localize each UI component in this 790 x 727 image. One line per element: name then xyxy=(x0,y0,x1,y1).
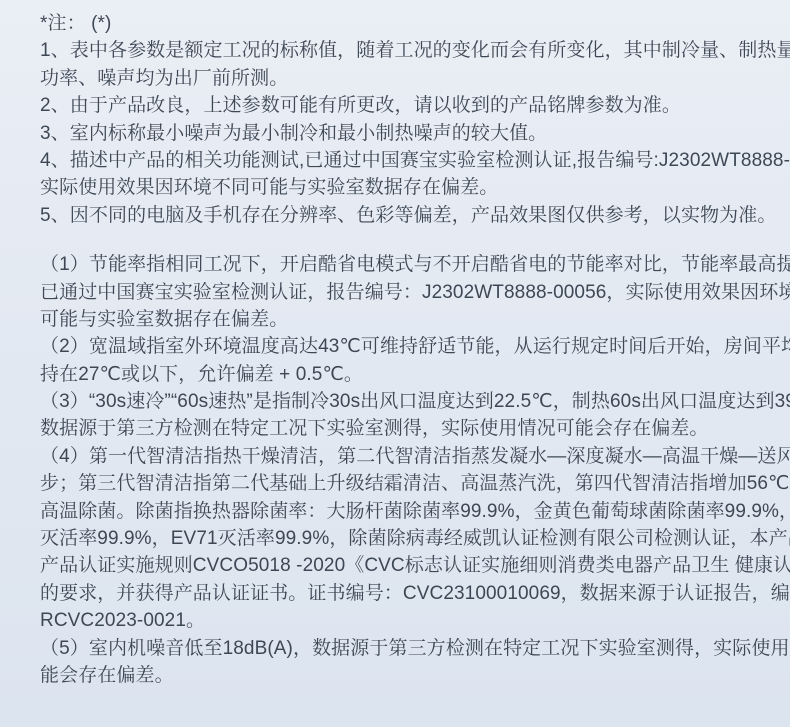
text-line: （2）宽温域指室外环境温度高达43℃可维持舒适节能，从运行规定时间后开始，房间平… xyxy=(40,333,770,360)
notes-section: *注： (*)1、表中各参数是额定工况的标称值，随着工况的变化而会有所变化，其中… xyxy=(40,10,770,229)
text-line: *注： (*) xyxy=(40,10,770,37)
text-line: 3、室内标称最小噪声为最小制冷和最小制热噪声的较大值。 xyxy=(40,120,770,147)
text-line: 已通过中国赛宝实验室检测认证，报告编号：J2302WT8888-00056，实际… xyxy=(40,279,770,306)
text-line: 高温除菌。除菌指换热器除菌率：大肠杆菌除菌率99.9%，金黄色葡萄球菌除菌率99… xyxy=(40,498,770,525)
text-line: 1、表中各参数是额定工况的标称值，随着工况的变化而会有所变化，其中制冷量、制热量… xyxy=(40,37,770,64)
text-line: 持在27℃或以下，允许偏差 + 0.5℃。 xyxy=(40,361,770,388)
text-line: （1）节能率指相同工况下，开启酷省电模式与不开启酷省电的节能率对比，节能率最高提… xyxy=(40,251,770,278)
text-line: 4、描述中产品的相关功能测试,已通过中国赛宝实验室检测认证,报告编号:J2302… xyxy=(40,147,770,174)
text-line: 2、由于产品改良，上述参数可能有所更改，请以收到的产品铭牌参数为准。 xyxy=(40,92,770,119)
text-line: （3）“30s速冷”“60s速热”是指制冷30s出风口温度达到22.5℃，制热6… xyxy=(40,388,770,415)
text-line: 的要求，并获得产品认证证书。证书编号：CVC23100010069，数据来源于认… xyxy=(40,580,770,607)
text-line: 产品认证实施规则CVCO5018 -2020《CVC标志认证实施细则消费类电器产… xyxy=(40,552,770,579)
disclaimer-page: *注： (*)1、表中各参数是额定工况的标称值，随着工况的变化而会有所变化，其中… xyxy=(0,0,790,727)
footnotes-section: （1）节能率指相同工况下，开启酷省电模式与不开启酷省电的节能率对比，节能率最高提… xyxy=(40,251,770,689)
text-line: 灭活率99.9%，EV71灭活率99.9%，除菌除病毒经威凯认证检测有限公司检测… xyxy=(40,525,770,552)
text-line: 实际使用效果因环境不同可能与实验室数据存在偏差。 xyxy=(40,174,770,201)
text-line: 功率、噪声均为出厂前所测。 xyxy=(40,65,770,92)
text-line: 数据源于第三方检测在特定工况下实验室测得，实际使用情况可能会存在偏差。 xyxy=(40,415,770,442)
text-line: 5、因不同的电脑及手机存在分辨率、色彩等偏差，产品效果图仅供参考，以实物为准。 xyxy=(40,202,770,229)
text-line: 可能与实验室数据存在偏差。 xyxy=(40,306,770,333)
text-line: （4）第一代智清洁指热干燥清洁，第二代智清洁指蒸发凝水—深度凝水—高温干燥—送风… xyxy=(40,443,770,470)
text-line: 步；第三代智清洁指第二代基础上升级结霜清洁、高温蒸汽洗，第四代智清洁指增加56℃… xyxy=(40,470,770,497)
text-line: 能会存在偏差。 xyxy=(40,662,770,689)
text-line: （5）室内机噪音低至18dB(A)，数据源于第三方检测在特定工况下实验室测得，实… xyxy=(40,635,770,662)
text-line: RCVC2023-0021。 xyxy=(40,607,770,634)
